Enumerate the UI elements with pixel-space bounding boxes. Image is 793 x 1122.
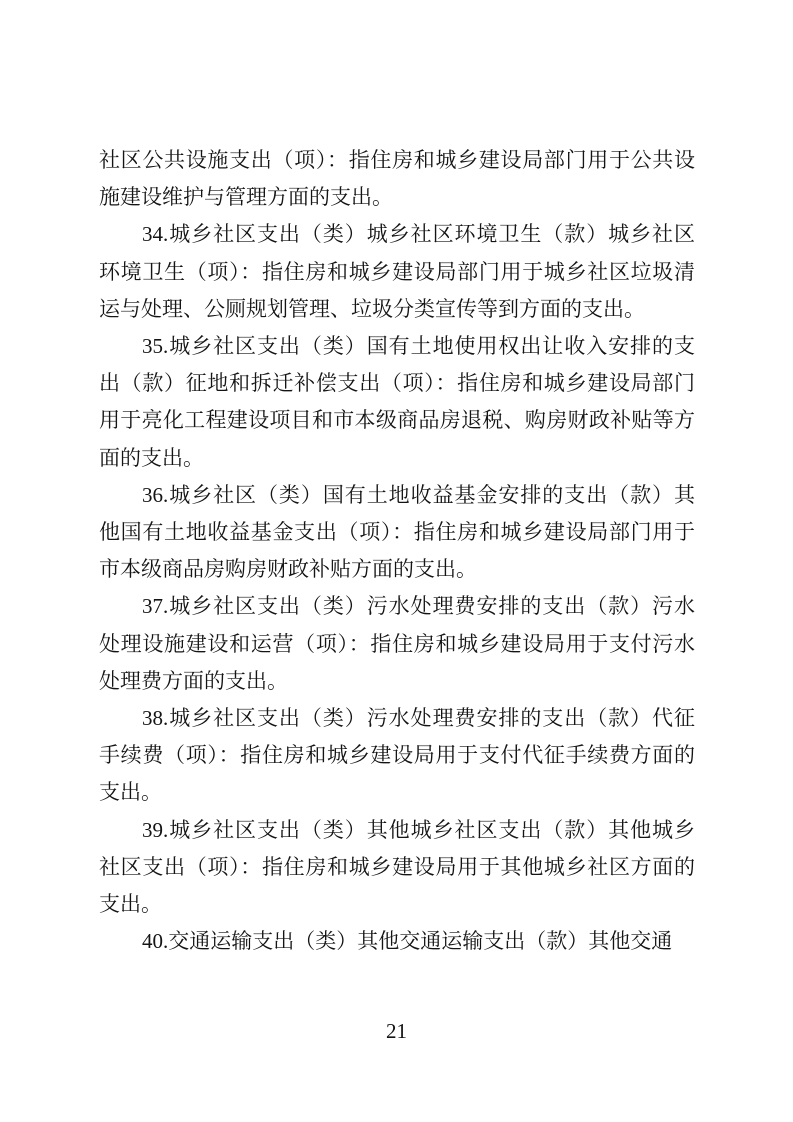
paragraph-item-36: 36.城乡社区（类）国有土地收益基金安排的支出（款）其他国有土地收益基金支出（项…	[99, 477, 695, 589]
paragraph-item-38: 38.城乡社区支出（类）污水处理费安排的支出（款）代征手续费（项）：指住房和城乡…	[99, 700, 695, 812]
paragraph-item-40: 40.交通运输支出（类）其他交通运输支出（款）其他交通	[99, 923, 695, 960]
text-line: 37.城乡社区支出（类）污水处理费安排的支出（款）污水	[99, 588, 695, 625]
text-line: 38.城乡社区支出（类）污水处理费安排的支出（款）代征	[99, 700, 695, 737]
text-line: 市本级商品房购房财政补贴方面的支出。	[99, 551, 695, 588]
text-line: 支出。	[99, 774, 695, 811]
text-line: 34.城乡社区支出（类）城乡社区环境卫生（款）城乡社区	[99, 216, 695, 253]
paragraph-item-39: 39.城乡社区支出（类）其他城乡社区支出（款）其他城乡社区支出（项）：指住房和城…	[99, 812, 695, 924]
text-line: 支出。	[99, 886, 695, 923]
text-line: 运与处理、公厕规划管理、垃圾分类宣传等到方面的支出。	[99, 291, 695, 328]
paragraph-item-34: 34.城乡社区支出（类）城乡社区环境卫生（款）城乡社区环境卫生（项）：指住房和城…	[99, 216, 695, 328]
text-line: 社区公共设施支出（项）：指住房和城乡建设局部门用于公共设	[99, 142, 695, 179]
paragraph-item-35: 35.城乡社区支出（类）国有土地使用权出让收入安排的支出（款）征地和拆迁补偿支出…	[99, 328, 695, 477]
text-line: 环境卫生（项）：指住房和城乡建设局部门用于城乡社区垃圾清	[99, 254, 695, 291]
text-line: 35.城乡社区支出（类）国有土地使用权出让收入安排的支	[99, 328, 695, 365]
page-number: 21	[386, 1019, 407, 1043]
text-line: 处理设施建设和运营（项）：指住房和城乡建设局用于支付污水	[99, 626, 695, 663]
text-line: 面的支出。	[99, 440, 695, 477]
text-line: 39.城乡社区支出（类）其他城乡社区支出（款）其他城乡	[99, 812, 695, 849]
text-line: 他国有土地收益基金支出（项）：指住房和城乡建设局部门用于	[99, 514, 695, 551]
text-line: 施建设维护与管理方面的支出。	[99, 179, 695, 216]
text-line: 40.交通运输支出（类）其他交通运输支出（款）其他交通	[99, 923, 695, 960]
text-line: 出（款）征地和拆迁补偿支出（项）：指住房和城乡建设局部门	[99, 365, 695, 402]
page-footer: 21	[0, 1019, 793, 1044]
document-body: 社区公共设施支出（项）：指住房和城乡建设局部门用于公共设施建设维护与管理方面的支…	[99, 142, 695, 960]
document-page: 社区公共设施支出（项）：指住房和城乡建设局部门用于公共设施建设维护与管理方面的支…	[0, 0, 793, 1122]
paragraph-item-33-continuation: 社区公共设施支出（项）：指住房和城乡建设局部门用于公共设施建设维护与管理方面的支…	[99, 142, 695, 216]
text-line: 社区支出（项）：指住房和城乡建设局用于其他城乡社区方面的	[99, 849, 695, 886]
text-line: 处理费方面的支出。	[99, 663, 695, 700]
text-line: 36.城乡社区（类）国有土地收益基金安排的支出（款）其	[99, 477, 695, 514]
text-line: 手续费（项）：指住房和城乡建设局用于支付代征手续费方面的	[99, 737, 695, 774]
paragraph-item-37: 37.城乡社区支出（类）污水处理费安排的支出（款）污水处理设施建设和运营（项）：…	[99, 588, 695, 700]
text-line: 用于亮化工程建设项目和市本级商品房退税、购房财政补贴等方	[99, 402, 695, 439]
